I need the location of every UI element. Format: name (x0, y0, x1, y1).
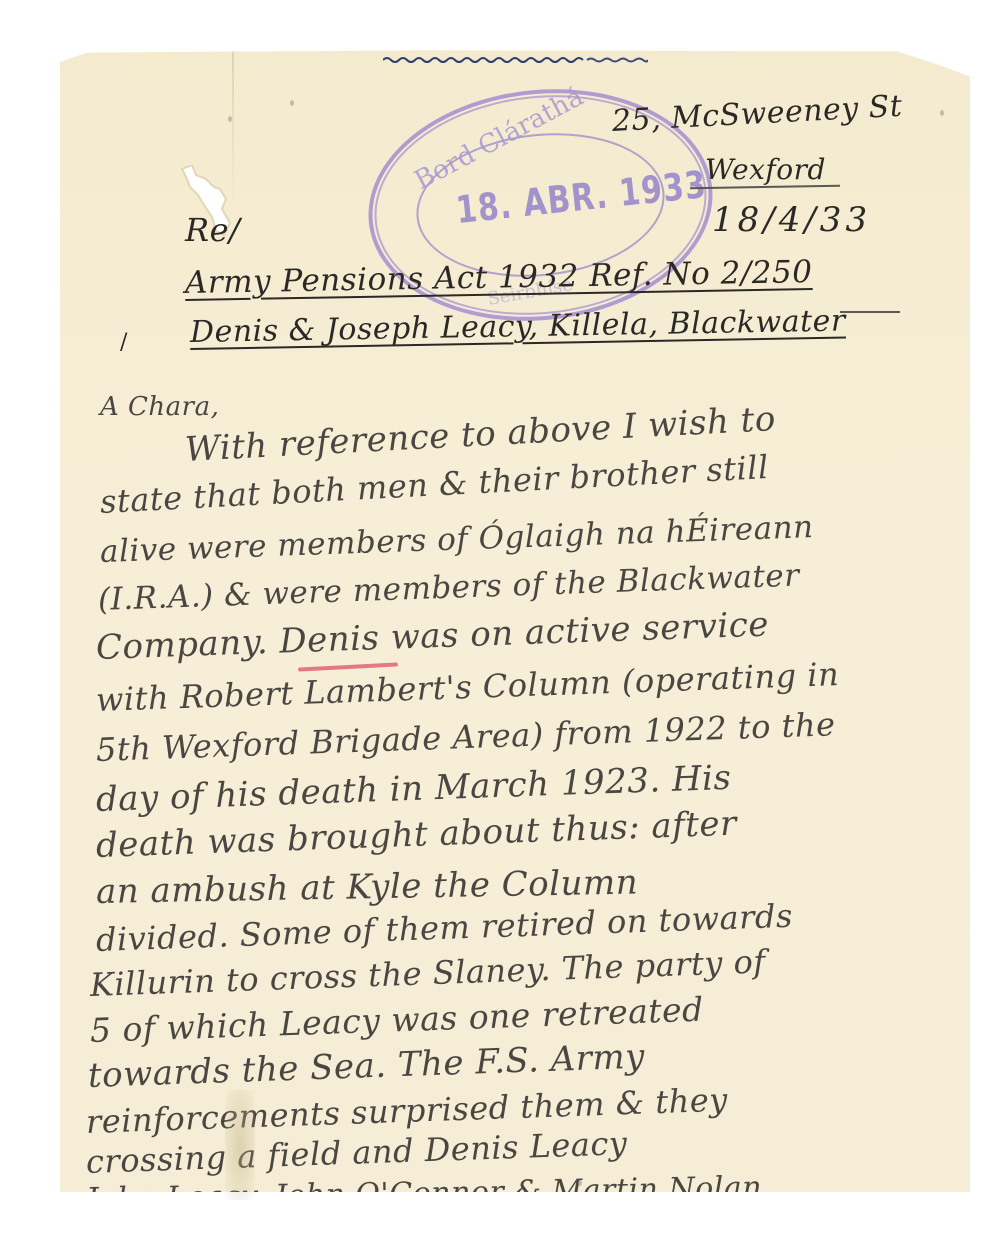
letter-date: 18/4/33 (712, 200, 871, 240)
paper-stain (225, 1090, 255, 1200)
paper-speck (578, 1180, 582, 1186)
reference-rule-end (840, 311, 900, 313)
paper-speck (228, 116, 232, 122)
address-line-2: Wexford (705, 150, 826, 190)
salutation: A Chara, (100, 387, 219, 427)
top-wavy-line (383, 56, 648, 64)
margin-tick-mark: / (120, 330, 128, 355)
reference-label: Re/ (185, 210, 240, 250)
page-bottom-margin (0, 1192, 1000, 1239)
paper-speck (940, 110, 944, 116)
paper-speck (290, 100, 294, 106)
